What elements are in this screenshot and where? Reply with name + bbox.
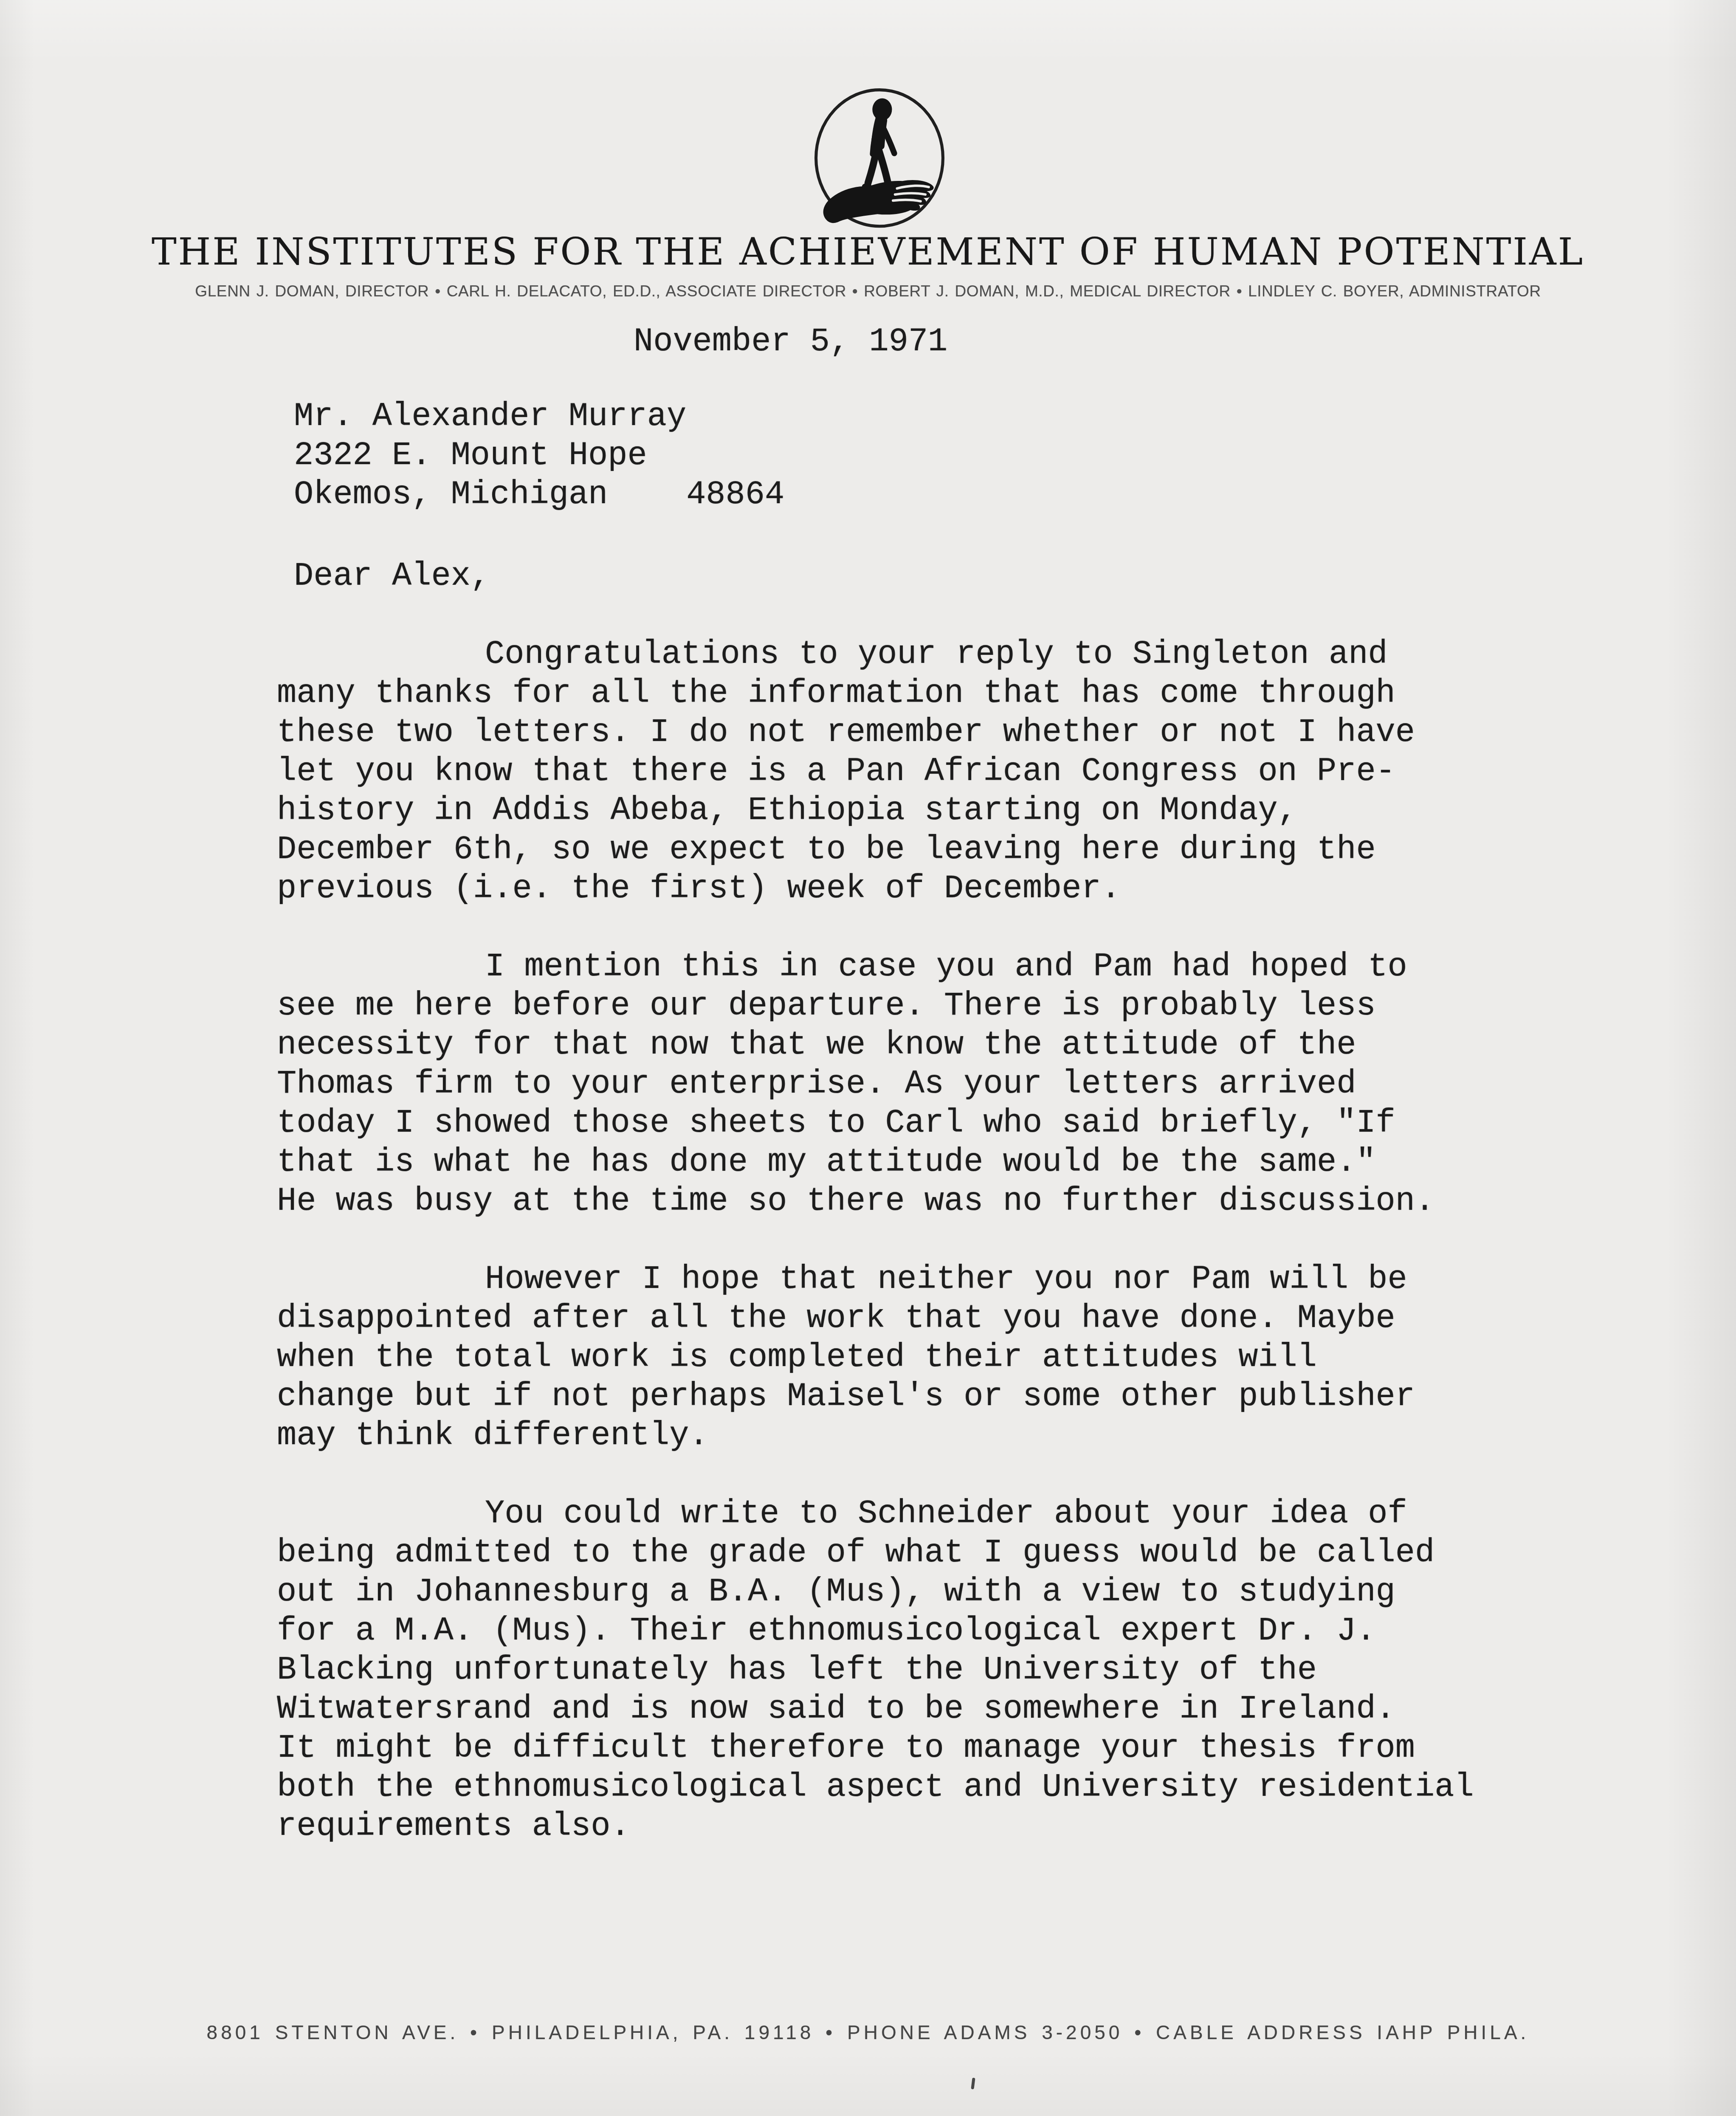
letter-line: December 6th, so we expect to be leaving… bbox=[277, 831, 1530, 870]
letter-line: requirements also. bbox=[277, 1807, 1530, 1846]
letter-line: Witwatersrand and is now said to be some… bbox=[277, 1690, 1530, 1729]
letter-body: November 5, 1971 Mr. Alexander Murray 23… bbox=[277, 323, 1530, 1846]
letter-line: these two letters. I do not remember whe… bbox=[277, 713, 1530, 752]
paragraph: Congratulations to your reply to Singlet… bbox=[277, 635, 1530, 909]
child-on-hand-icon bbox=[812, 86, 947, 231]
letter-line: necessity for that now that we know the … bbox=[277, 1026, 1530, 1065]
letter-line: previous (i.e. the first) week of Decemb… bbox=[277, 870, 1530, 909]
footer-contact-line: 8801 STENTON AVE. • PHILADELPHIA, PA. 19… bbox=[0, 2020, 1736, 2044]
letter-line: both the ethnomusicological aspect and U… bbox=[277, 1768, 1530, 1807]
letter-line: for a M.A. (Mus). Their ethnomusicologic… bbox=[277, 1612, 1530, 1651]
letter-page: THE INSTITUTES FOR THE ACHIEVEMENT OF HU… bbox=[0, 0, 1736, 2116]
letter-line: He was busy at the time so there was no … bbox=[277, 1182, 1530, 1221]
letter-line: You could write to Schneider about your … bbox=[277, 1495, 1530, 1534]
recipient-city: Okemos, Michigan 48864 bbox=[294, 476, 1530, 515]
letter-line: Blacking unfortunately has left the Univ… bbox=[277, 1651, 1530, 1690]
letter-line: change but if not perhaps Maisel's or so… bbox=[277, 1378, 1530, 1417]
recipient-address: Mr. Alexander Murray 2322 E. Mount Hope … bbox=[294, 397, 1530, 515]
letter-line: may think differently. bbox=[277, 1417, 1530, 1456]
letter-paragraphs: Congratulations to your reply to Singlet… bbox=[277, 635, 1530, 1846]
letter-line: see me here before our departure. There … bbox=[277, 987, 1530, 1026]
letter-line: that is what he has done my attitude wou… bbox=[277, 1143, 1530, 1182]
letter-line: let you know that there is a Pan African… bbox=[277, 752, 1530, 792]
recipient-name: Mr. Alexander Murray bbox=[294, 397, 1530, 437]
paragraph: I mention this in case you and Pam had h… bbox=[277, 948, 1530, 1221]
letter-line: today I showed those sheets to Carl who … bbox=[277, 1104, 1530, 1143]
letter-line: being admitted to the grade of what I gu… bbox=[277, 1534, 1530, 1573]
stray-ink-mark bbox=[971, 2078, 975, 2090]
letter-line: It might be difficult therefore to manag… bbox=[277, 1729, 1530, 1768]
letter-line: many thanks for all the information that… bbox=[277, 674, 1530, 713]
letter-line: when the total work is completed their a… bbox=[277, 1338, 1530, 1378]
date-line: November 5, 1971 bbox=[277, 323, 1530, 362]
organization-name: THE INSTITUTES FOR THE ACHIEVEMENT OF HU… bbox=[0, 233, 1736, 271]
directors-line: GLENN J. DOMAN, DIRECTOR • CARL H. DELAC… bbox=[0, 282, 1736, 301]
letter-line: However I hope that neither you nor Pam … bbox=[277, 1260, 1530, 1299]
iahp-logo bbox=[812, 86, 947, 231]
letter-line: out in Johannesburg a B.A. (Mus), with a… bbox=[277, 1573, 1530, 1612]
recipient-street: 2322 E. Mount Hope bbox=[294, 437, 1530, 476]
salutation: Dear Alex, bbox=[294, 557, 1530, 596]
paragraph: However I hope that neither you nor Pam … bbox=[277, 1260, 1530, 1456]
letter-line: disappointed after all the work that you… bbox=[277, 1299, 1530, 1338]
paragraph: You could write to Schneider about your … bbox=[277, 1495, 1530, 1846]
letter-line: Thomas firm to your enterprise. As your … bbox=[277, 1065, 1530, 1104]
letter-line: Congratulations to your reply to Singlet… bbox=[277, 635, 1530, 674]
letter-line: history in Addis Abeba, Ethiopia startin… bbox=[277, 792, 1530, 831]
letter-line: I mention this in case you and Pam had h… bbox=[277, 948, 1530, 987]
